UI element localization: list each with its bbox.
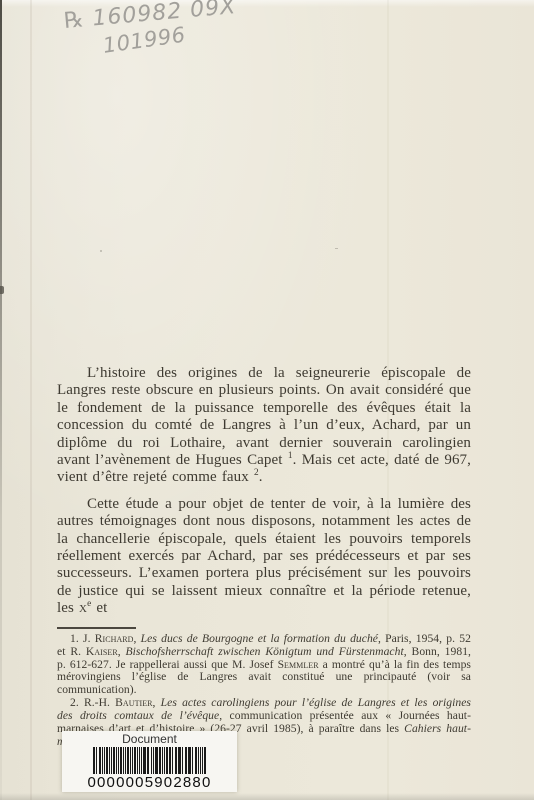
barcode-icon (70, 747, 229, 774)
footnote-separator (57, 627, 136, 629)
barcode-title: Document (62, 732, 237, 746)
barcode-number: 0000005902880 (62, 774, 237, 791)
dust-speck (100, 250, 102, 252)
body-paragraph-1: L’histoire des origines de la seigneurer… (57, 365, 471, 487)
ink-speck (0, 286, 4, 294)
body-text-column: L’histoire des origines de la seigneurer… (57, 365, 471, 749)
footnote-1: 1. J. Richard, Les ducs de Bourgogne et … (57, 633, 471, 698)
scanned-book-page: ℞ 160982 09X 101996 L’histoire des origi… (0, 0, 534, 800)
scan-left-edge (0, 0, 2, 800)
page-crease (30, 0, 32, 800)
dust-speck (335, 248, 338, 249)
body-paragraph-2: Cette étude a pour objet de tenter de vo… (57, 496, 471, 618)
library-barcode-sticker: Document 0000005902880 (62, 731, 237, 792)
